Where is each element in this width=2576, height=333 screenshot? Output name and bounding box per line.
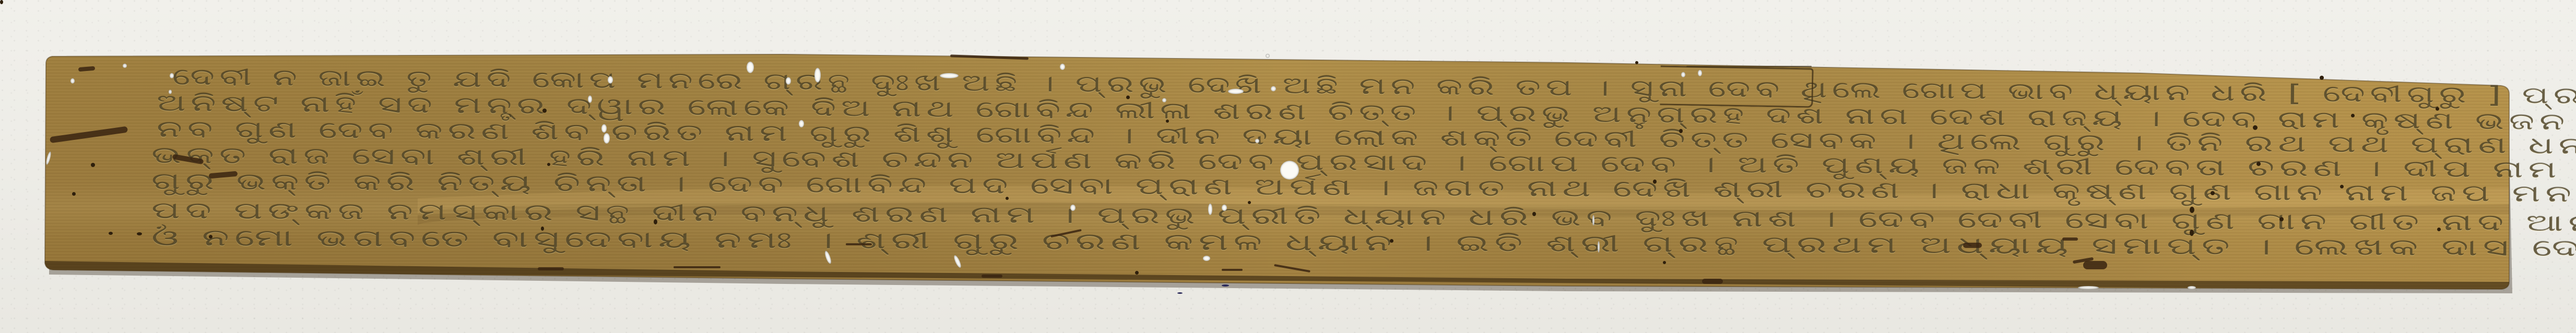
- insect-speck: [1248, 201, 1251, 204]
- worm-track: [982, 275, 1002, 278]
- bore-hole: [1681, 72, 1685, 77]
- insect-speck: [1679, 129, 1683, 133]
- dust-speck: [1222, 284, 1229, 287]
- bore-hole: [169, 90, 172, 94]
- insect-speck: [1126, 96, 1130, 99]
- insect-speck: [2190, 207, 2194, 213]
- insect-speck: [2436, 107, 2439, 111]
- insect-speck: [72, 192, 76, 196]
- insect-speck: [654, 219, 657, 224]
- bore-hole: [747, 62, 754, 73]
- insect-speck: [2256, 162, 2261, 166]
- dust-speck: [1177, 292, 1183, 294]
- bore-hole: [940, 73, 959, 78]
- bore-hole: [2078, 286, 2099, 289]
- bore-hole: [1203, 256, 1210, 261]
- insect-speck: [1390, 239, 1393, 243]
- bore-hole: [1228, 89, 1244, 94]
- insect-speck: [2351, 114, 2355, 117]
- correction-bracket-top: [1686, 66, 1812, 67]
- binding-hole: [1280, 161, 1299, 180]
- insect-speck: [209, 235, 212, 239]
- worm-track: [538, 267, 564, 270]
- insect-speck: [2320, 76, 2324, 80]
- insect-speck: [2279, 217, 2284, 221]
- bore-hole: [1598, 241, 1600, 253]
- insect-speck: [2340, 185, 2344, 188]
- worm-track: [1222, 269, 1243, 271]
- insect-speck: [1166, 120, 1169, 123]
- bore-hole: [1208, 204, 1212, 215]
- bore-hole: [601, 124, 607, 133]
- insect-speck: [109, 232, 113, 235]
- bore-hole: [1698, 70, 1702, 76]
- bore-hole: [1070, 205, 1076, 211]
- insect-speck: [1653, 180, 1657, 184]
- insect-speck: [137, 232, 142, 235]
- bore-hole: [1271, 86, 1276, 91]
- bore-hole: [1592, 215, 1594, 225]
- insect-speck: [1135, 271, 1139, 275]
- worm-track: [846, 243, 872, 245]
- bore-hole: [123, 64, 127, 68]
- bore-hole: [1162, 98, 1166, 102]
- bore-hole: [588, 96, 592, 103]
- bore-hole: [786, 77, 791, 85]
- insect-speck: [542, 109, 547, 113]
- bore-hole: [1060, 64, 1065, 70]
- worm-track: [1963, 243, 1982, 248]
- bore-hole: [608, 76, 613, 84]
- insect-speck: [1532, 212, 1536, 216]
- insect-speck: [91, 163, 95, 167]
- bore-hole: [604, 133, 610, 144]
- worm-track: [2083, 261, 2107, 269]
- worm-track: [1702, 279, 1723, 284]
- insect-speck: [2190, 230, 2194, 236]
- bore-hole: [1255, 139, 1259, 143]
- bore-hole: [1222, 205, 1227, 211]
- bore-hole: [70, 78, 75, 84]
- insect-speck: [541, 227, 544, 231]
- worm-track: [673, 266, 720, 268]
- bore-hole: [2188, 286, 2196, 289]
- bore-hole: [814, 68, 821, 82]
- insect-speck: [1663, 261, 1666, 264]
- bore-hole: [170, 73, 174, 78]
- insect-speck: [0, 0, 3, 4]
- worm-track: [2062, 237, 2078, 241]
- insect-speck: [547, 163, 550, 166]
- insect-speck: [1006, 197, 1009, 200]
- insect-speck: [2211, 191, 2215, 195]
- insect-speck: [1635, 61, 1638, 64]
- bore-hole: [1266, 54, 1270, 58]
- insect-speck: [2253, 125, 2258, 130]
- insect-speck: [2437, 228, 2441, 231]
- bore-hole: [799, 120, 804, 127]
